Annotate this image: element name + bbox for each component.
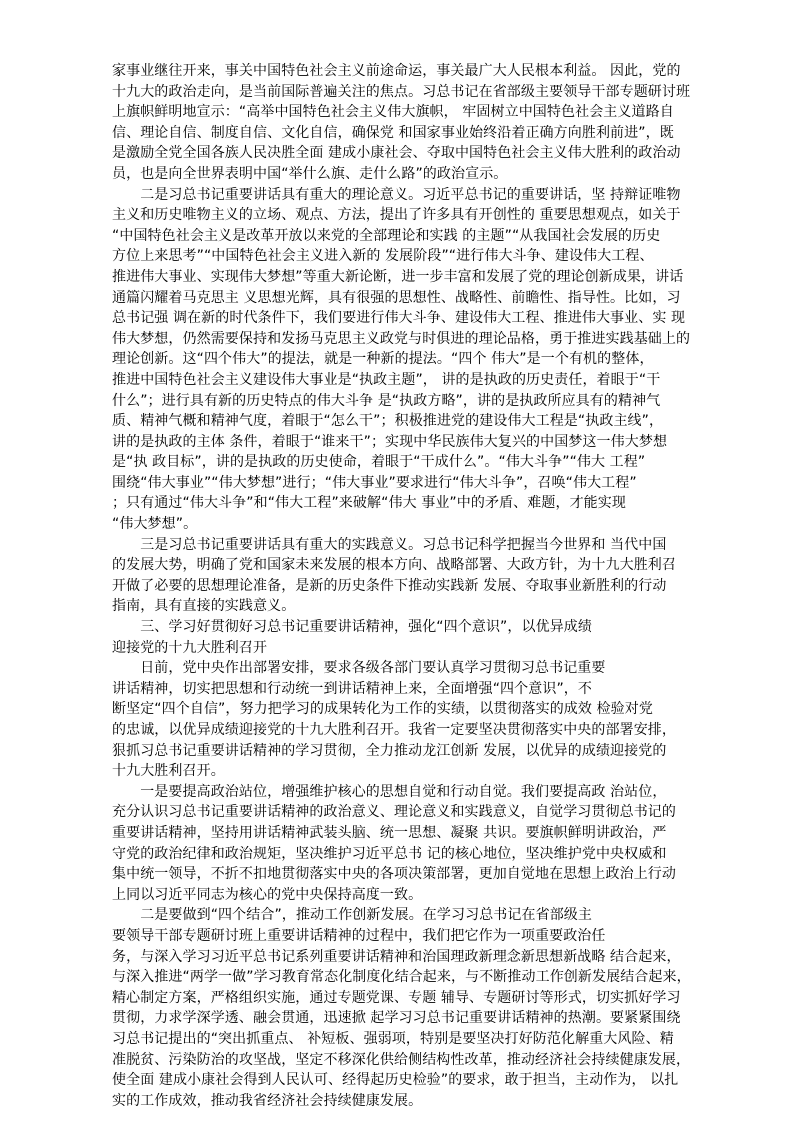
paragraph-four-combinations: 二是要做到“四个结合”，推动工作创新发展。在学习习总书记在省部级主 要领导干部专… — [112, 905, 694, 1111]
paragraph-theoretical-significance: 二是习总书记重要讲话具有重大的理论意义。习近平总书记的重要讲话，坚 持辩证唯物 … — [112, 185, 694, 535]
document-page: 家事业继往开来，事关中国特色社会主义前途命运，事关最广大人民根本利益。 因此，党… — [0, 0, 794, 1123]
section-heading-three: 三、学习好贯彻好习总书记重要讲话精神，强化“四个意识”，以优异成绩 迎接党的十九… — [112, 617, 694, 658]
paragraph-political-stance: 一是要提高政治站位，增强维护核心的思想自觉和行动自觉。我们要提高政 治站位， 充… — [112, 782, 694, 906]
paragraph-continuation: 家事业继往开来，事关中国特色社会主义前途命运，事关最广大人民根本利益。 因此，党… — [112, 61, 694, 185]
paragraph-central-deployment: 日前，党中央作出部署安排，要求各级各部门要认真学习贯彻习总书记重要 讲话精神，切… — [112, 658, 694, 782]
document-text-block: 家事业继往开来，事关中国特色社会主义前途命运，事关最广大人民根本利益。 因此，党… — [112, 61, 694, 1111]
paragraph-practical-significance: 三是习总书记重要讲话具有重大的实践意义。习总书记科学把握当今世界和 当代中国 的… — [112, 535, 694, 617]
